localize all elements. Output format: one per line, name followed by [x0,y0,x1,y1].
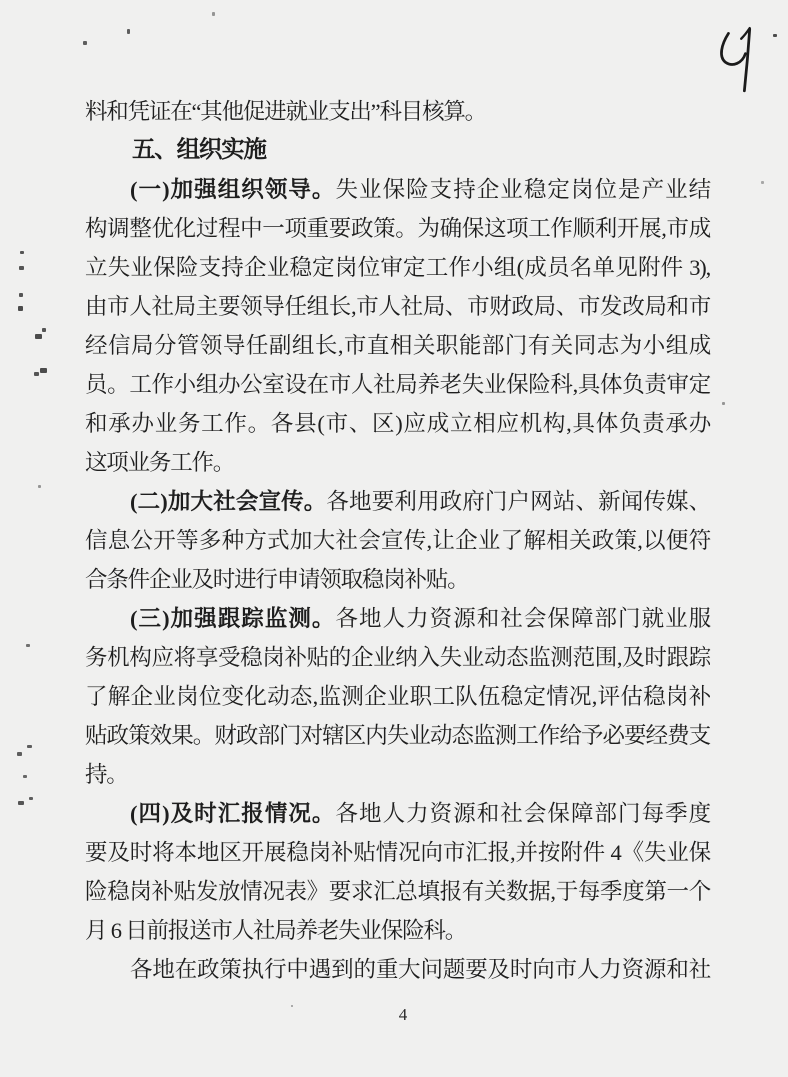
line-text: 各地在政策执行中遇到的重大问题要及时向市人力资源和社 [130,957,710,982]
scan-speck [27,745,32,748]
text-line: (三)加强跟踪监测。各地人力资源和社会保障部门就业服 [85,599,710,638]
scan-speck [38,485,41,488]
text-line: 员。工作小组办公室设在市人社局养老失业保险科,具体负责审定 [85,365,710,404]
line-text: 五、组织实施 [132,137,266,163]
text-line: 合条件企业及时进行申请领取稳岗补贴。 [85,560,710,599]
scan-speck [18,801,24,805]
text-line: 和承办业务工作。各县(市、区)应成立相应机构,具体负责承办 [85,404,710,443]
document-body: 料和凭证在“其他促进就业支出”科目核算。五、组织实施(一)加强组织领导。失业保险… [85,92,710,989]
line-text: 这项业务工作。 [85,450,234,475]
line-text: 失业保险支持企业稳定岗位是产业结 [335,177,710,202]
scan-speck [19,293,23,297]
scan-speck [83,41,87,45]
text-line: (四)及时汇报情况。各地人力资源和社会保障部门每季度 [85,794,710,833]
scan-speck [40,368,47,373]
text-line: (二)加大社会宣传。各地要利用政府门户网站、新闻传媒、 [85,482,710,521]
scan-speck [20,251,24,254]
document-page: 料和凭证在“其他促进就业支出”科目核算。五、组织实施(一)加强组织领导。失业保险… [0,0,788,1077]
line-text: 险稳岗补贴发放情况表》要求汇总填报有关数据,于每季度第一个 [85,879,710,904]
text-line: (一)加强组织领导。失业保险支持企业稳定岗位是产业结 [85,170,710,209]
text-line: 贴政策效果。财政部门对辖区内失业动态监测工作给予必要经费支 [85,716,710,755]
page-number: 4 [0,1005,788,1025]
scan-speck [212,12,215,16]
paragraph-lead: (二)加大社会宣传。 [130,489,326,514]
scan-speck [35,334,42,339]
scan-speck [127,29,130,34]
line-text: 贴政策效果。财政部门对辖区内失业动态监测工作给予必要经费支 [85,723,710,748]
line-text: 由市人社局主要领导任组长,市人社局、市财政局、市发改局和市 [85,294,710,319]
text-line: 这项业务工作。 [85,443,710,482]
paragraph-lead: (四)及时汇报情况。 [130,801,335,826]
scan-speck [23,775,27,778]
scan-speck [19,266,24,270]
line-text: 各地人力资源和社会保障部门每季度 [335,801,710,826]
scan-speck [29,797,33,800]
text-line: 构调整优化过程中一项重要政策。为确保这项工作顺利开展,市成 [85,209,710,248]
scan-speck [722,402,725,405]
line-text: 务机构应将享受稳岗补贴的企业纳入失业动态监测范围,及时跟踪 [85,645,710,670]
line-text: 经信局分管领导任副组长,市直相关职能部门有关同志为小组成 [85,333,710,358]
text-line: 料和凭证在“其他促进就业支出”科目核算。 [85,92,710,131]
scan-speck [18,306,23,311]
scan-speck [42,328,46,332]
line-text: 持。 [85,762,128,787]
line-text: 和承办业务工作。各县(市、区)应成立相应机构,具体负责承办 [85,411,710,436]
text-line: 各地在政策执行中遇到的重大问题要及时向市人力资源和社 [85,950,710,989]
text-line: 立失业保险支持企业稳定岗位审定工作小组(成员名单见附件 3), [85,248,710,287]
scan-speck [17,752,22,756]
text-line: 持。 [85,755,710,794]
scan-speck [34,372,39,376]
line-text: 合条件企业及时进行申请领取稳岗补贴。 [85,567,468,592]
text-line: 由市人社局主要领导任组长,市人社局、市财政局、市发改局和市 [85,287,710,326]
text-line: 险稳岗补贴发放情况表》要求汇总填报有关数据,于每季度第一个 [85,872,710,911]
line-text: 构调整优化过程中一项重要政策。为确保这项工作顺利开展,市成 [85,216,710,241]
text-line: 信息公开等多种方式加大社会宣传,让企业了解相关政策,以便符 [85,521,710,560]
line-text: 要及时将本地区开展稳岗补贴情况向市汇报,并按附件 4《失业保 [85,840,710,865]
line-text: 员。工作小组办公室设在市人社局养老失业保险科,具体负责审定 [85,372,710,397]
line-text: 料和凭证在“其他促进就业支出”科目核算。 [85,99,486,124]
text-line: 经信局分管领导任副组长,市直相关职能部门有关同志为小组成 [85,326,710,365]
handwritten-page-number [712,26,764,94]
section-heading: 五、组织实施 [85,131,710,170]
text-line: 要及时将本地区开展稳岗补贴情况向市汇报,并按附件 4《失业保 [85,833,710,872]
line-text: 信息公开等多种方式加大社会宣传,让企业了解相关政策,以便符 [85,528,710,553]
line-text: 月 6 日前报送市人社局养老失业保险科。 [85,918,466,943]
line-text: 各地人力资源和社会保障部门就业服 [335,606,710,631]
line-text: 了解企业岗位变化动态,监测企业职工队伍稳定情况,评估稳岗补 [85,684,710,709]
line-text: 各地要利用政府门户网站、新闻传媒、 [326,489,710,514]
scan-speck [291,1005,293,1007]
paragraph-lead: (三)加强跟踪监测。 [130,606,335,631]
line-text: 立失业保险支持企业稳定岗位审定工作小组(成员名单见附件 3), [85,255,710,280]
scan-speck [26,644,30,647]
text-line: 了解企业岗位变化动态,监测企业职工队伍稳定情况,评估稳岗补 [85,677,710,716]
text-line: 月 6 日前报送市人社局养老失业保险科。 [85,911,710,950]
paragraph-lead: (一)加强组织领导。 [130,177,335,202]
text-line: 务机构应将享受稳岗补贴的企业纳入失业动态监测范围,及时跟踪 [85,638,710,677]
scan-speck [761,181,764,184]
scan-speck [773,34,777,37]
